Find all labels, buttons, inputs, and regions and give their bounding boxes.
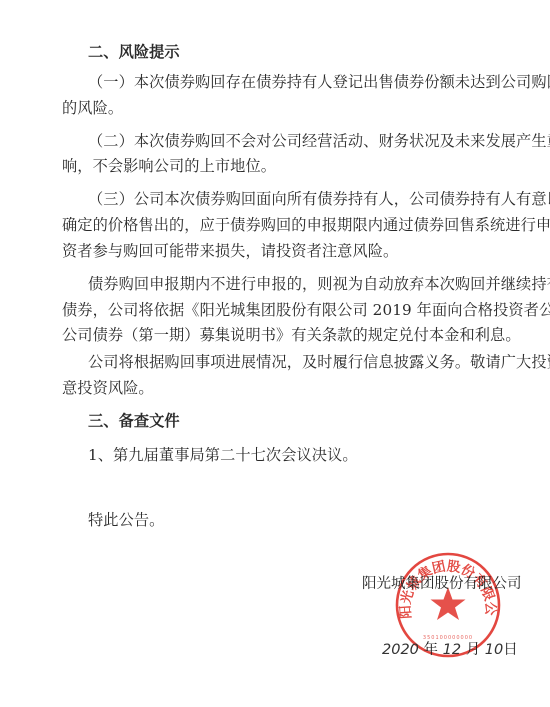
paragraph-redemption-line-1: 债券购回申报期内不进行申报的，则视为自动放弃本次购回并继续持有相关 [88,275,498,293]
risk-item-1-line-1: （一）本次债券购回存在债券持有人登记出售债券份额未达到公司购回上限 [88,73,498,91]
risk-item-3-line-2: 确定的价格售出的，应于债券购回的申报期限内通过债券回售系统进行申报，投 [62,216,498,234]
document-list-item-1: 1、第九届董事局第二十七次会议决议。 [88,446,498,464]
paragraph-disclosure-line-2: 意投资风险。 [62,379,498,397]
date-day: 10 [485,642,503,658]
signature-date: 2020 年 12 月 10日 [382,641,518,659]
paragraph-redemption-line-2: 债券，公司将依据《阳光城集团股份有限公司 2019 年面向合格投资者公开发行 [62,301,498,319]
closing-statement: 特此公告。 [88,511,498,529]
date-year: 2020 [382,642,419,658]
date-day-label: 日 [503,642,518,658]
risk-item-3-line-3: 资者参与购回可能带来损失，请投资者注意风险。 [62,242,498,260]
risk-item-2-line-1: （二）本次债券购回不会对公司经营活动、财务状况及未来发展产生重大影 [88,132,498,150]
risk-item-1-line-2: 的风险。 [62,99,498,117]
risk-item-2-line-2: 响，不会影响公司的上市地位。 [62,157,498,175]
paragraph-disclosure-line-1: 公司将根据购回事项进展情况，及时履行信息披露义务。敬请广大投资者注 [88,353,498,371]
risk-item-3-line-1: （三）公司本次债券购回面向所有债券持有人，公司债券持有人有意以公司 [88,190,498,208]
date-year-label: 年 [424,642,439,658]
signature-company-name: 阳光城集团股份有限公司 [362,575,522,593]
section-heading-documents: 三、备查文件 [88,412,498,430]
paragraph-redemption-line-3: 公司债券（第一期）募集说明书》有关条款的规定兑付本金和利息。 [62,326,498,344]
section-heading-risk: 二、风险提示 [88,43,498,61]
date-month: 12 [443,642,461,658]
date-month-label: 月 [466,642,481,658]
